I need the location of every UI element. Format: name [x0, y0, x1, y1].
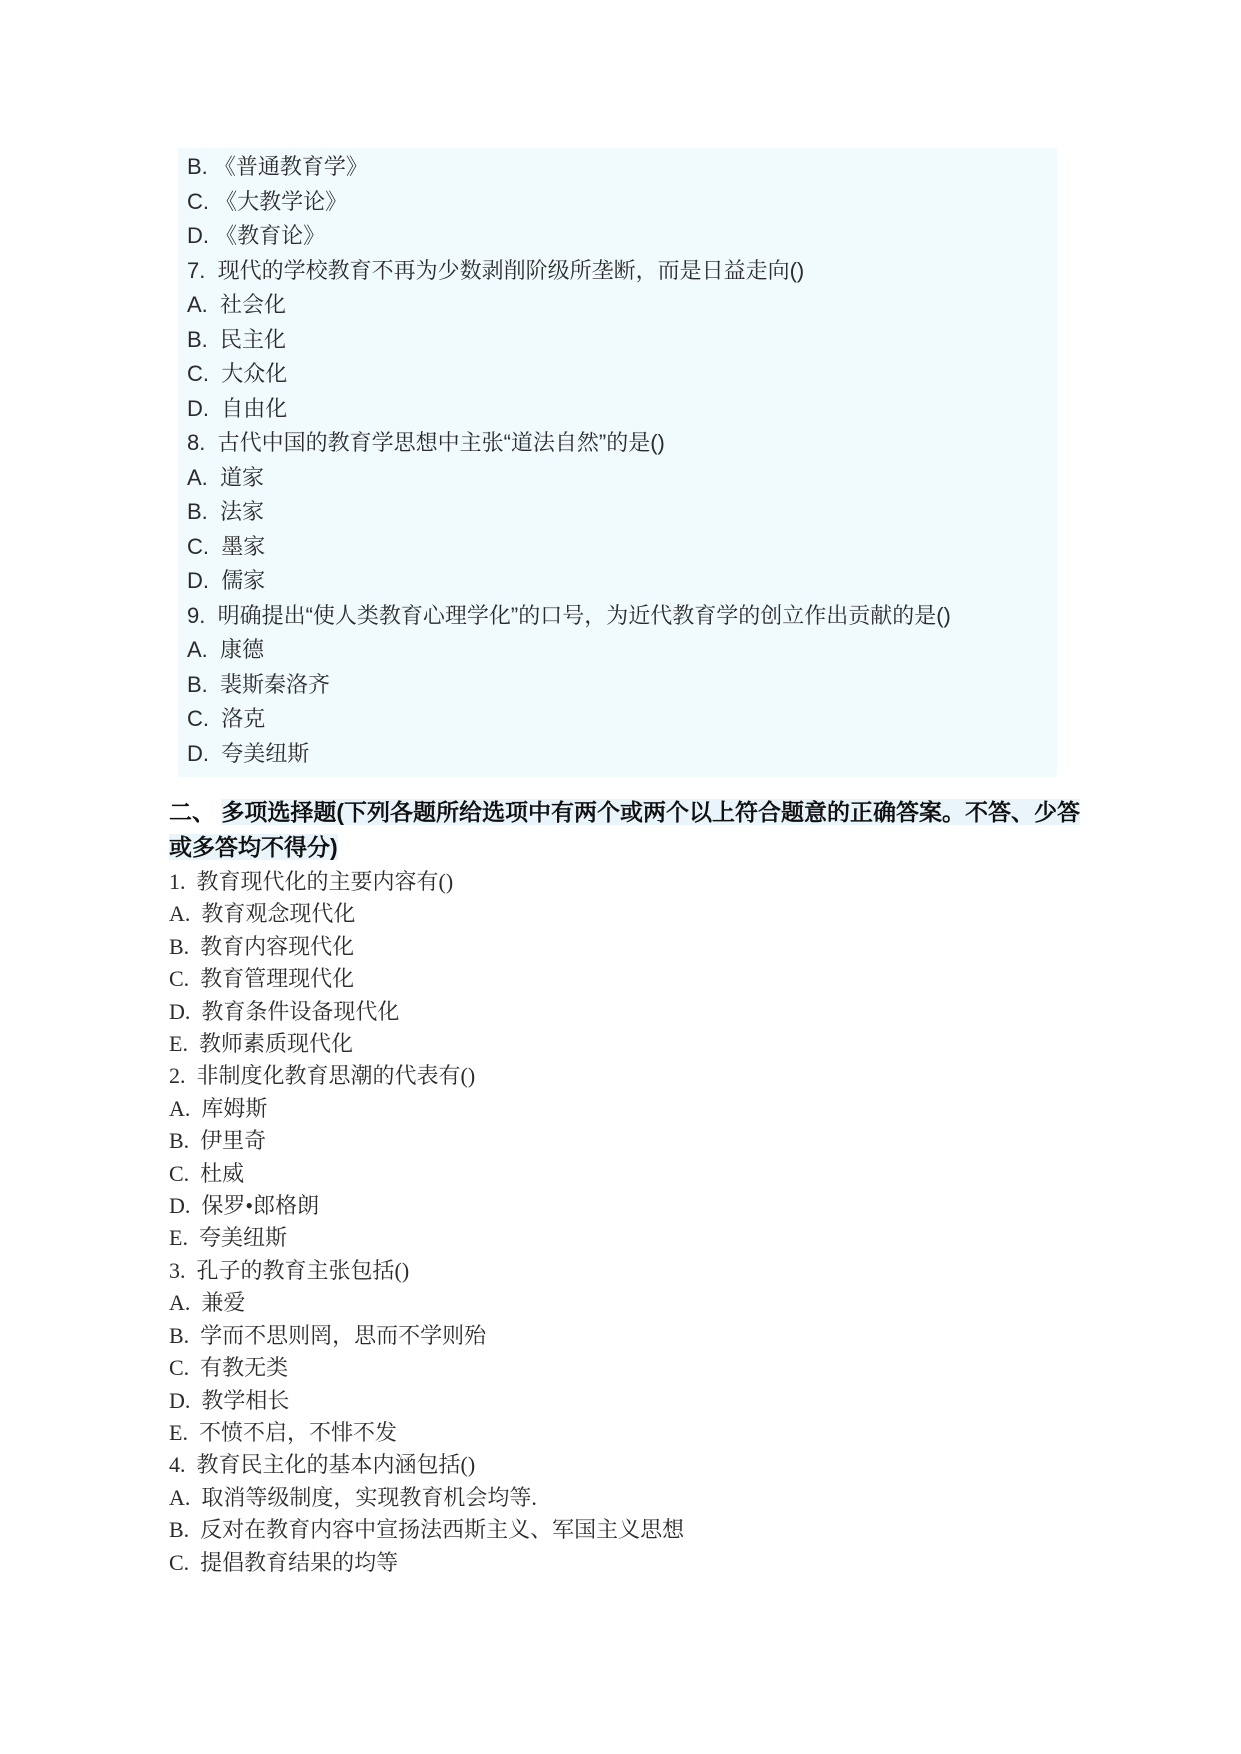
- option-line: C. 有教无类: [169, 1352, 1114, 1384]
- option-line: D. 夸美纽斯: [187, 737, 1057, 772]
- option-line: C. 墨家: [187, 530, 1057, 565]
- option-line: A. 库姆斯: [169, 1093, 1114, 1125]
- option-line: C. 大众化: [187, 357, 1057, 392]
- option-line: A. 兼爱: [169, 1287, 1114, 1319]
- question-line: 7. 现代的学校教育不再为少数剥削阶级所垄断，而是日益走向(): [187, 254, 1057, 289]
- option-line: B. 学而不思则罔，思而不学则殆: [169, 1320, 1114, 1352]
- option-line: A. 道家: [187, 461, 1057, 496]
- option-line: B. 法家: [187, 495, 1057, 530]
- section-heading-line1: 二、 多项选择题(下列各题所给选项中有两个或两个以上符合题意的正确答案。不答、少…: [169, 795, 1114, 830]
- option-line: E. 不愤不启，不悱不发: [169, 1417, 1114, 1449]
- section-heading-line2: 或多答均不得分): [169, 830, 1114, 865]
- option-line: A. 教育观念现代化: [169, 898, 1114, 930]
- option-line: A. 取消等级制度，实现教育机会均等.: [169, 1482, 1114, 1514]
- option-line: B. 《普通教育学》: [187, 150, 1057, 185]
- option-line: D. 儒家: [187, 564, 1057, 599]
- option-line: C. 洛克: [187, 702, 1057, 737]
- option-line: C. 杜威: [169, 1158, 1114, 1190]
- question-line: 8. 古代中国的教育学思想中主张“道法自然”的是(): [187, 426, 1057, 461]
- option-line: D. 教学相长: [169, 1385, 1114, 1417]
- question-line: 1. 教育现代化的主要内容有(): [169, 866, 1114, 898]
- question-line: 2. 非制度化教育思潮的代表有(): [169, 1060, 1114, 1092]
- option-line: D. 《教育论》: [187, 219, 1057, 254]
- option-line: D. 教育条件设备现代化: [169, 996, 1114, 1028]
- option-line: A. 社会化: [187, 288, 1057, 323]
- option-line: B. 民主化: [187, 323, 1057, 358]
- option-line: B. 裴斯秦洛齐: [187, 668, 1057, 703]
- section-title-continuation: 或多答均不得分): [169, 834, 338, 860]
- question-line: 4. 教育民主化的基本内涵包括(): [169, 1449, 1114, 1481]
- option-line: A. 康德: [187, 633, 1057, 668]
- multiple-choice-body: 1. 教育现代化的主要内容有() A. 教育观念现代化 B. 教育内容现代化 C…: [169, 866, 1114, 1579]
- highlighted-question-block: B. 《普通教育学》 C. 《大教学论》 D. 《教育论》 7. 现代的学校教育…: [178, 148, 1057, 777]
- section-number: 二、: [169, 799, 221, 825]
- option-line: D. 保罗•郎格朗: [169, 1190, 1114, 1222]
- option-line: C. 提倡教育结果的均等: [169, 1547, 1114, 1579]
- option-line: E. 夸美纽斯: [169, 1222, 1114, 1254]
- option-line: B. 伊里奇: [169, 1125, 1114, 1157]
- option-line: E. 教师素质现代化: [169, 1028, 1114, 1060]
- option-line: D. 自由化: [187, 392, 1057, 427]
- question-line: 3. 孔子的教育主张包括(): [169, 1255, 1114, 1287]
- section-title-highlighted: 多项选择题(下列各题所给选项中有两个或两个以上符合题意的正确答案。不答、少答: [221, 799, 1080, 825]
- option-line: C. 教育管理现代化: [169, 963, 1114, 995]
- exam-document-page: B. 《普通教育学》 C. 《大教学论》 D. 《教育论》 7. 现代的学校教育…: [0, 0, 1241, 1754]
- option-line: B. 教育内容现代化: [169, 931, 1114, 963]
- option-line: B. 反对在教育内容中宣扬法西斯主义、军国主义思想: [169, 1514, 1114, 1546]
- multiple-choice-section: 二、 多项选择题(下列各题所给选项中有两个或两个以上符合题意的正确答案。不答、少…: [169, 795, 1114, 1579]
- question-line: 9. 明确提出“使人类教育心理学化”的口号，为近代教育学的创立作出贡献的是(): [187, 599, 1057, 634]
- option-line: C. 《大教学论》: [187, 185, 1057, 220]
